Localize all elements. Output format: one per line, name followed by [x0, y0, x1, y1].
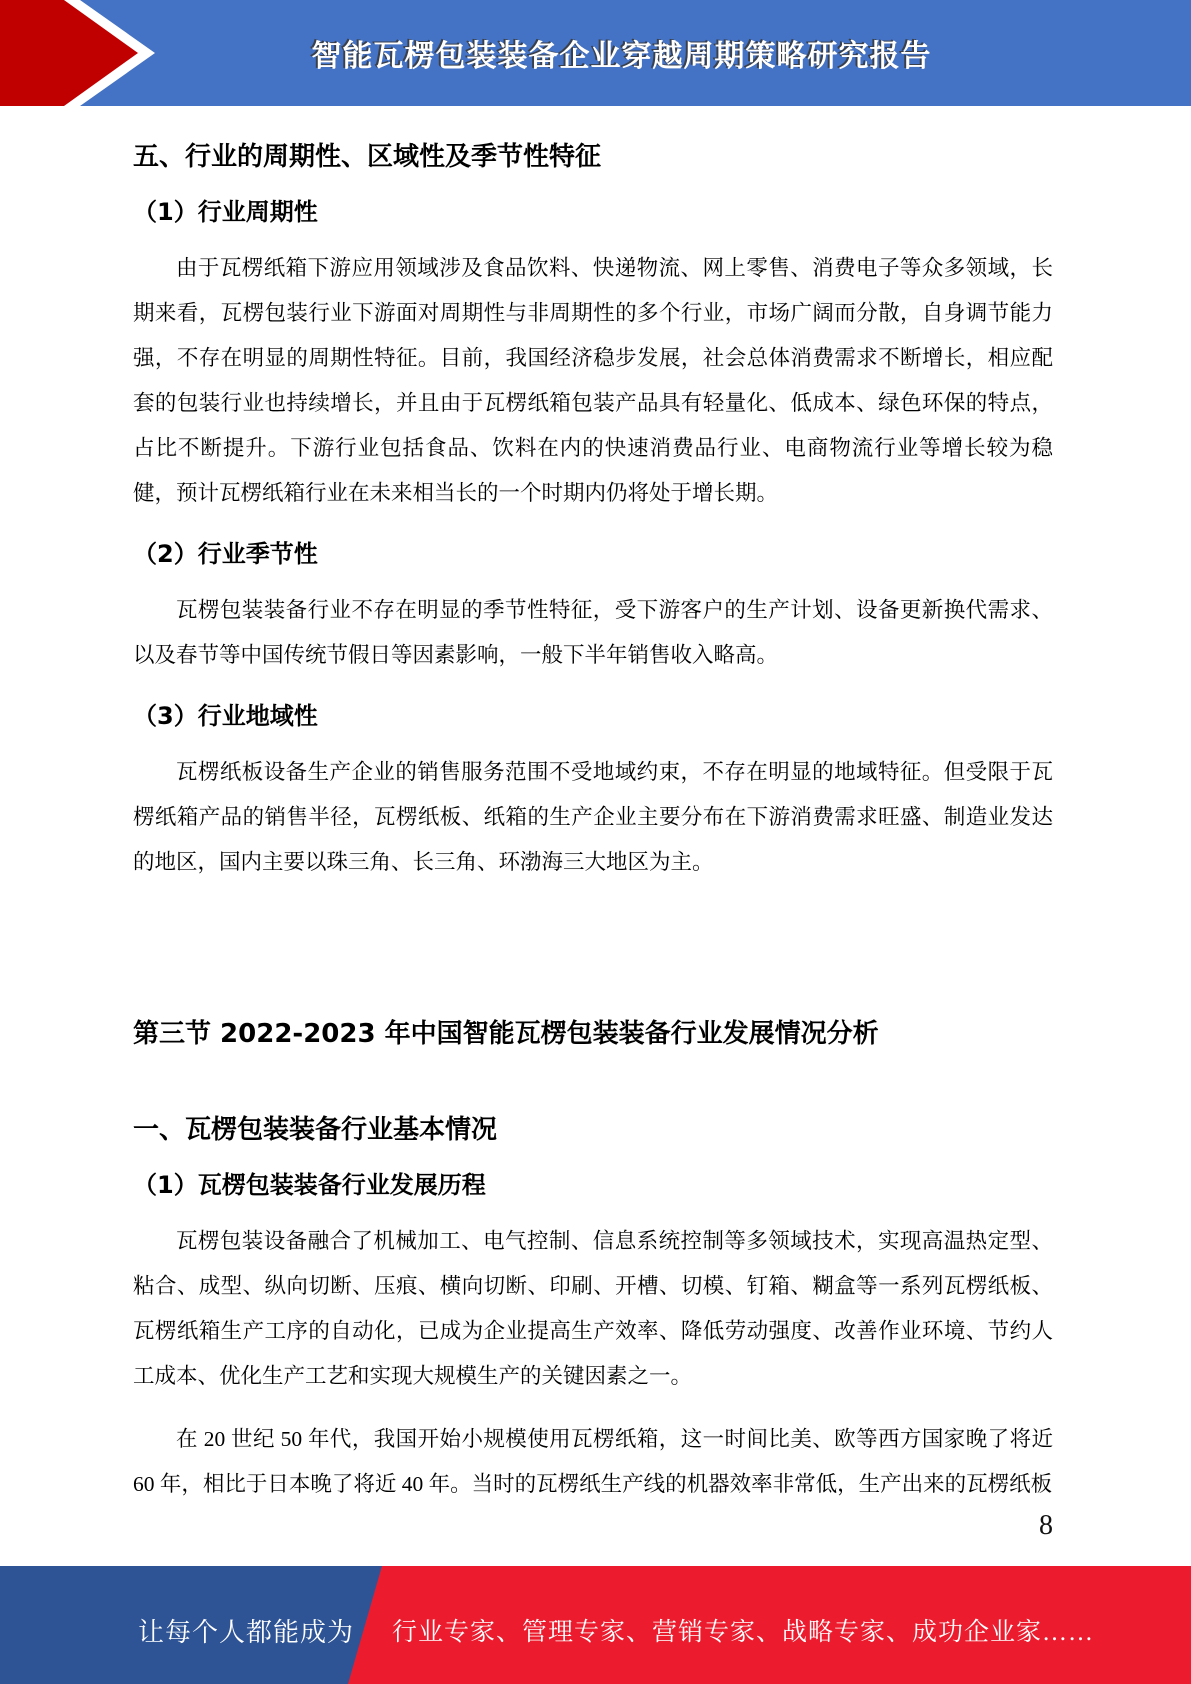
- paragraph: 瓦楞纸板设备生产企业的销售服务范围不受地域约束，不存在明显的地域特征。但受限于瓦…: [133, 750, 1053, 885]
- heading: （2）行业季节性: [133, 538, 1053, 570]
- footer-slogan-left: 让每个人都能成为: [138, 1618, 354, 1648]
- heading: 一、瓦楞包装装备行业基本情况: [133, 1113, 1053, 1147]
- report-title: 智能瓦楞包装装备企业穿越周期策略研究报告: [0, 0, 1191, 106]
- page-number: 8: [133, 1509, 1053, 1543]
- footer-banner: 让每个人都能成为 行业专家、管理专家、营销专家、战略专家、成功企业家……: [0, 1566, 1191, 1684]
- paragraph: 由于瓦楞纸箱下游应用领域涉及食品饮料、快递物流、网上零售、消费电子等众多领域，长…: [133, 246, 1053, 516]
- heading: 五、行业的周期性、区域性及季节性特征: [133, 140, 1053, 174]
- document-page: 五、行业的周期性、区域性及季节性特征（1）行业周期性由于瓦楞纸箱下游应用领域涉及…: [0, 106, 1191, 1543]
- paragraph: 在 20 世纪 50 年代，我国开始小规模使用瓦楞纸箱，这一时间比美、欧等西方国…: [133, 1417, 1053, 1507]
- header-banner: 智能瓦楞包装装备企业穿越周期策略研究报告: [0, 0, 1191, 106]
- paragraph: 瓦楞包装设备融合了机械加工、电气控制、信息系统控制等多领域技术，实现高温热定型、…: [133, 1219, 1053, 1399]
- paragraph: 瓦楞包装装备行业不存在明显的季节性特征，受下游客户的生产计划、设备更新换代需求、…: [133, 588, 1053, 678]
- footer-slogan-right: 行业专家、管理专家、营销专家、战略专家、成功企业家……: [392, 1618, 1094, 1648]
- heading: （3）行业地域性: [133, 700, 1053, 732]
- heading: 第三节 2022-2023 年中国智能瓦楞包装装备行业发展情况分析: [133, 1017, 1053, 1051]
- heading: （1）瓦楞包装装备行业发展历程: [133, 1169, 1053, 1201]
- heading: （1）行业周期性: [133, 196, 1053, 228]
- document-blocks: 五、行业的周期性、区域性及季节性特征（1）行业周期性由于瓦楞纸箱下游应用领域涉及…: [133, 140, 1053, 1507]
